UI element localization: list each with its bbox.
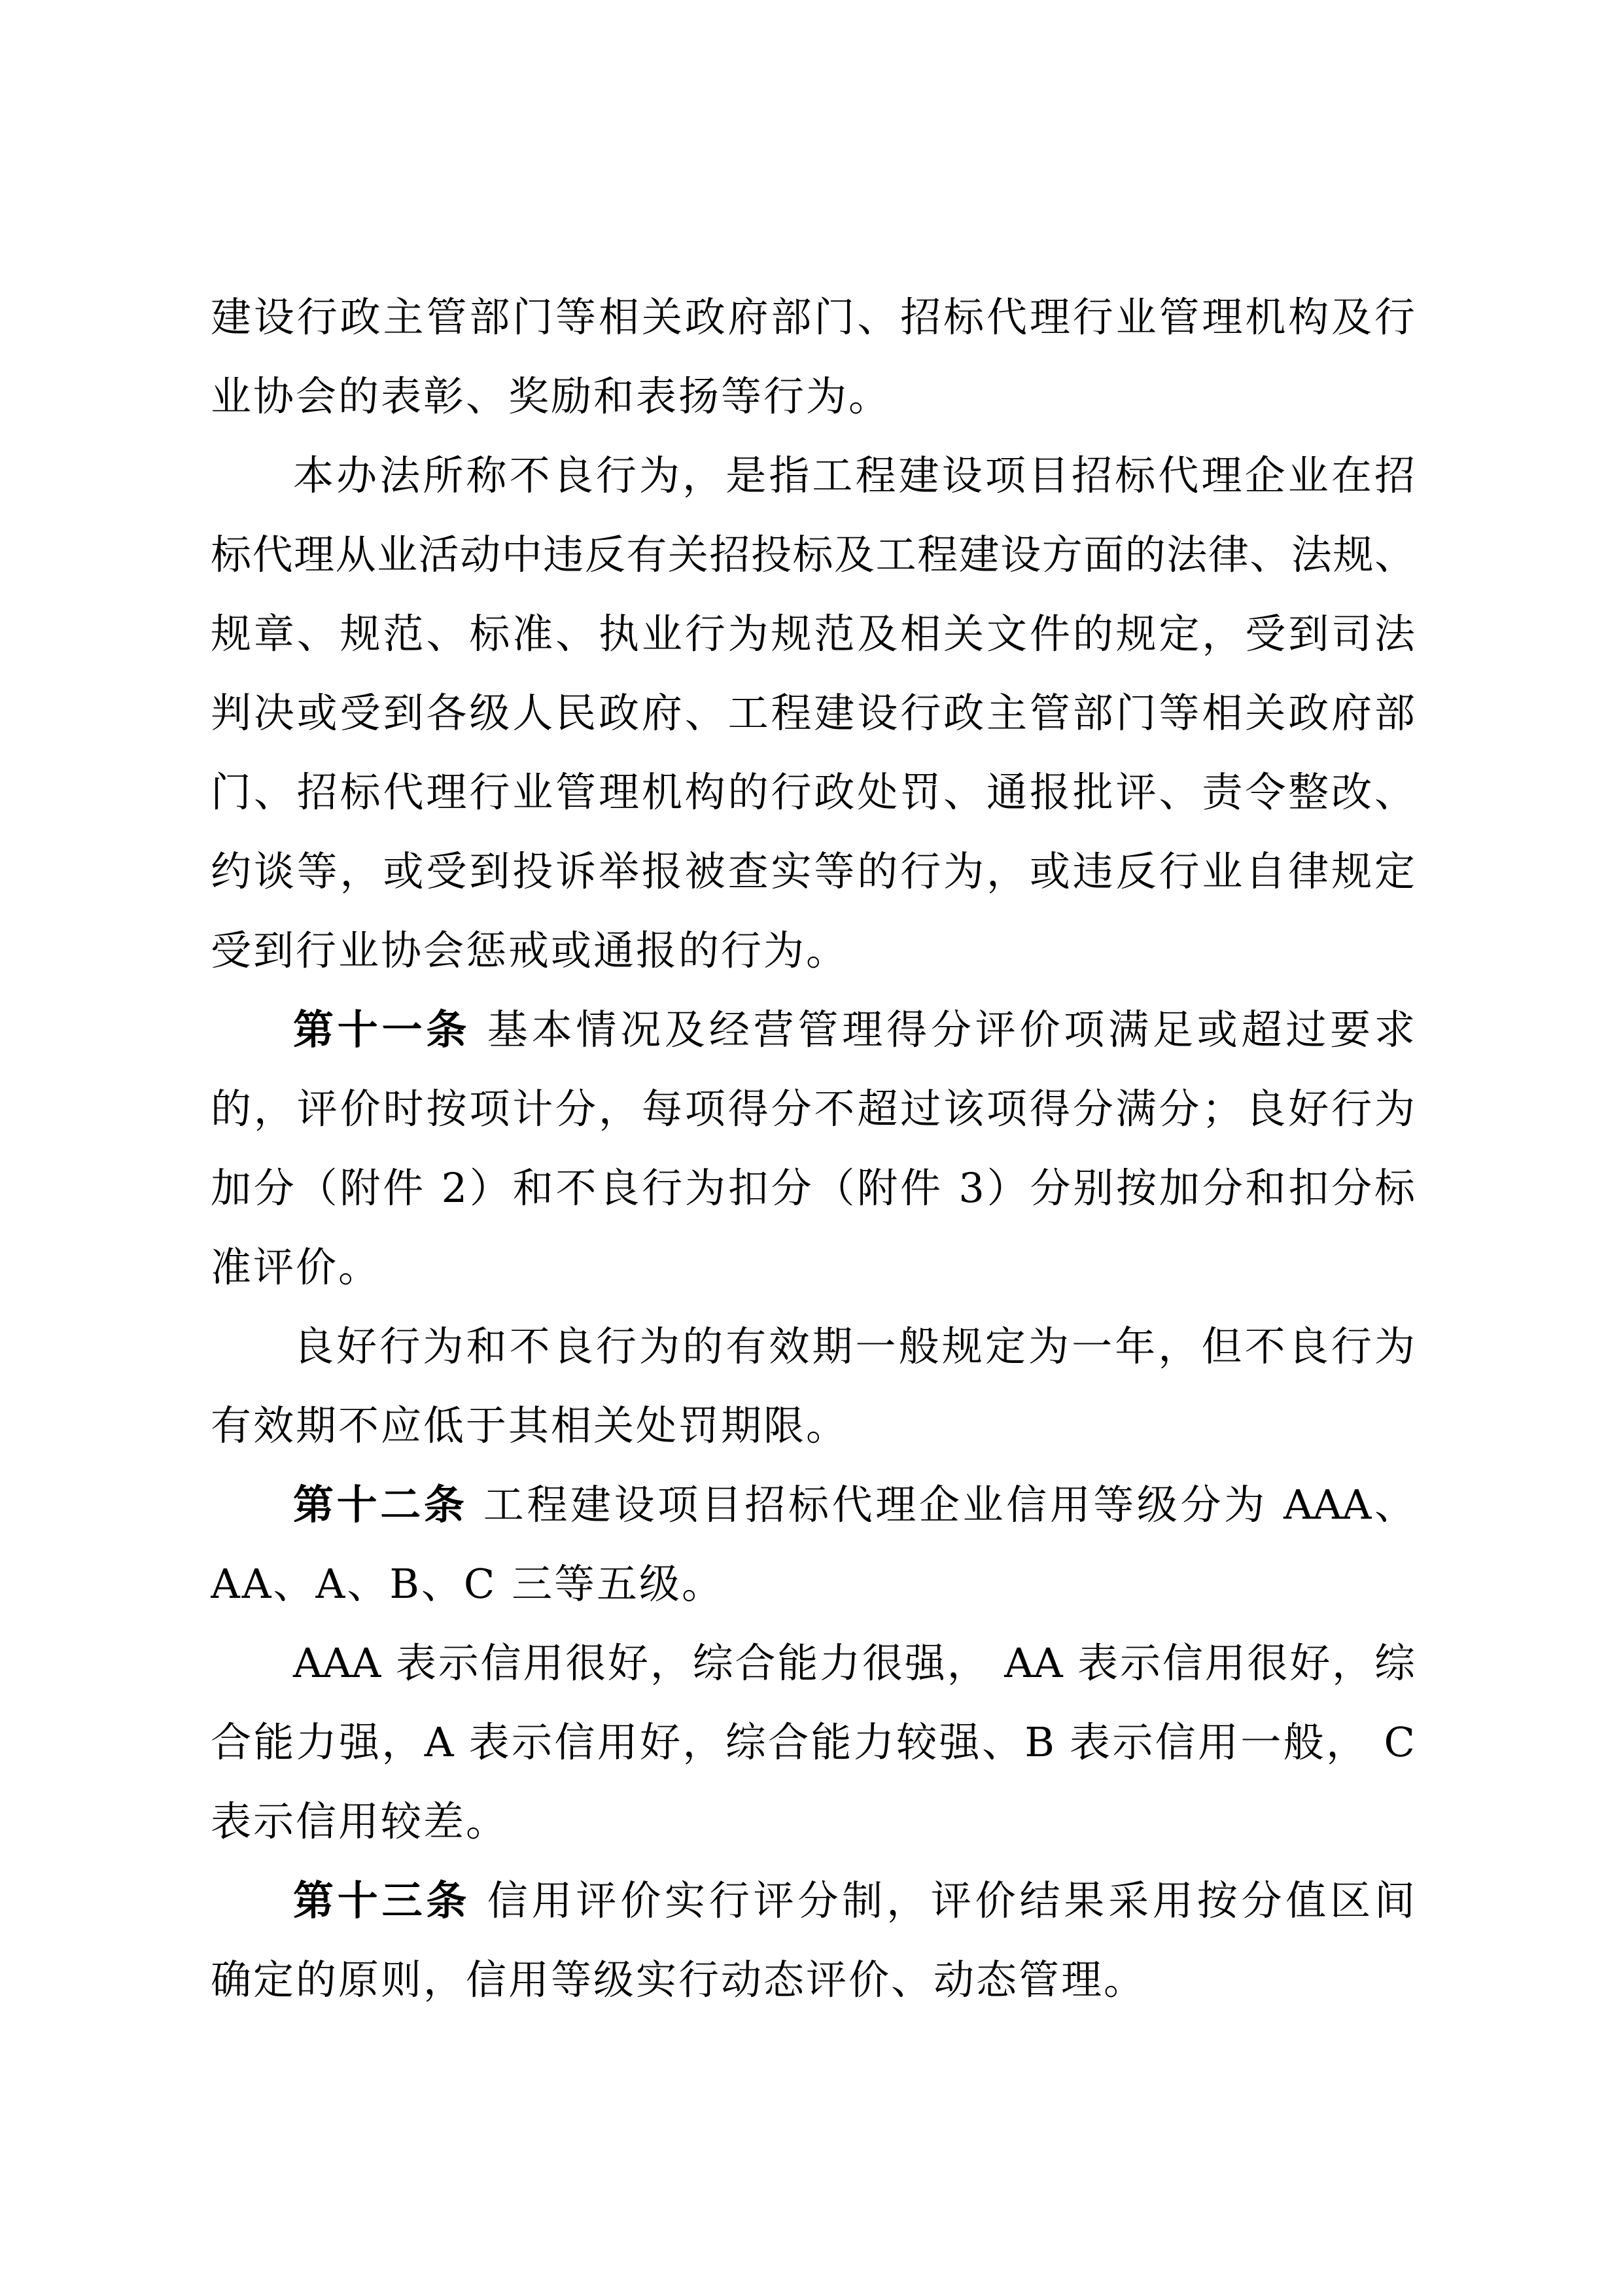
text-line-11: 的，评价时按项计分，每项得分不超过该项得分满分；良好行为 — [211, 1069, 1415, 1148]
text-segment: 约谈等，或受到投诉举报被查实等的行为，或违反行业自律规定 — [211, 847, 1415, 895]
text-segment: 确定的原则，信用等级实行动态评价、动态管理。 — [211, 1956, 1146, 2004]
text-segment: 门、招标代理行业管理机构的行政处罚、通报批评、责令整改、 — [211, 768, 1415, 816]
text-segment: 业协会的表彰、奖励和表扬等行为。 — [211, 372, 891, 420]
text-line-17: AA、A、B、C 三等五级。 — [211, 1544, 1415, 1623]
article-number-heading: 第十二条 — [293, 1481, 467, 1528]
text-line-9: 受到行业协会惩戒或通报的行为。 — [211, 911, 1415, 990]
text-segment: 判决或受到各级人民政府、工程建设行政主管部门等相关政府部 — [211, 689, 1415, 737]
article-number-heading: 第十三条 — [293, 1877, 470, 1924]
text-segment: 建设行政主管部门等相关政府部门、招标代理行业管理机构及行 — [211, 293, 1415, 341]
text-line-8: 约谈等，或受到投诉举报被查实等的行为，或违反行业自律规定 — [211, 832, 1415, 911]
text-segment: 规章、规范、标准、执业行为规范及相关文件的规定，受到司法 — [211, 610, 1415, 658]
text-segment: AAA 表示信用很好，综合能力很强， AA 表示信用很好，综 — [293, 1639, 1415, 1687]
text-block: 建设行政主管部门等相关政府部门、招标代理行业管理机构及行业协会的表彰、奖励和表扬… — [211, 277, 1415, 2019]
text-segment: 准评价。 — [211, 1243, 381, 1291]
text-segment: AA、A、B、C 三等五级。 — [211, 1560, 724, 1608]
text-line-10: 第十一条 基本情况及经营管理得分评价项满足或超过要求 — [211, 990, 1415, 1069]
document-page: 建设行政主管部门等相关政府部门、招标代理行业管理机构及行业协会的表彰、奖励和表扬… — [0, 0, 1623, 2296]
text-line-7: 门、招标代理行业管理机构的行政处罚、通报批评、责令整改、 — [211, 752, 1415, 832]
text-segment: 良好行为和不良行为的有效期一般规定为一年，但不良行为 — [293, 1322, 1415, 1370]
text-segment: 标代理从业活动中违反有关招投标及工程建设方面的法律、法规、 — [211, 531, 1415, 578]
article-number-heading: 第十一条 — [293, 1006, 470, 1053]
text-segment: 工程建设项目招标代理企业信用等级分为 AAA、 — [467, 1481, 1415, 1528]
text-line-1: 建设行政主管部门等相关政府部门、招标代理行业管理机构及行 — [211, 277, 1415, 357]
text-line-20: 表示信用较差。 — [211, 1782, 1415, 1861]
text-segment: 信用评价实行评分制，评价结果采用按分值区间 — [470, 1877, 1415, 1924]
text-line-5: 规章、规范、标准、执业行为规范及相关文件的规定，受到司法 — [211, 594, 1415, 673]
text-line-18: AAA 表示信用很好，综合能力很强， AA 表示信用很好，综 — [211, 1623, 1415, 1703]
text-segment: 加分（附件 2）和不良行为扣分（附件 3）分别按加分和扣分标 — [211, 1164, 1415, 1212]
text-line-16: 第十二条 工程建设项目招标代理企业信用等级分为 AAA、 — [211, 1465, 1415, 1544]
text-line-4: 标代理从业活动中违反有关招投标及工程建设方面的法律、法规、 — [211, 515, 1415, 594]
text-line-22: 确定的原则，信用等级实行动态评价、动态管理。 — [211, 1940, 1415, 2019]
text-segment: 基本情况及经营管理得分评价项满足或超过要求 — [470, 1006, 1415, 1053]
text-segment: 表示信用较差。 — [211, 1797, 508, 1845]
text-line-3: 本办法所称不良行为，是指工程建设项目招标代理企业在招 — [211, 436, 1415, 515]
text-segment: 本办法所称不良行为，是指工程建设项目招标代理企业在招 — [293, 451, 1415, 499]
text-line-19: 合能力强，A 表示信用好，综合能力较强、B 表示信用一般， C — [211, 1703, 1415, 1782]
text-segment: 合能力强，A 表示信用好，综合能力较强、B 表示信用一般， C — [211, 1718, 1415, 1766]
text-line-13: 准评价。 — [211, 1227, 1415, 1307]
text-line-2: 业协会的表彰、奖励和表扬等行为。 — [211, 357, 1415, 436]
text-line-6: 判决或受到各级人民政府、工程建设行政主管部门等相关政府部 — [211, 673, 1415, 752]
text-segment: 受到行业协会惩戒或通报的行为。 — [211, 927, 848, 974]
text-segment: 的，评价时按项计分，每项得分不超过该项得分满分；良好行为 — [211, 1085, 1415, 1133]
text-segment: 有效期不应低于其相关处罚期限。 — [211, 1402, 848, 1449]
text-line-21: 第十三条 信用评价实行评分制，评价结果采用按分值区间 — [211, 1861, 1415, 1940]
text-line-14: 良好行为和不良行为的有效期一般规定为一年，但不良行为 — [211, 1307, 1415, 1386]
text-line-12: 加分（附件 2）和不良行为扣分（附件 3）分别按加分和扣分标 — [211, 1148, 1415, 1227]
text-line-15: 有效期不应低于其相关处罚期限。 — [211, 1386, 1415, 1465]
